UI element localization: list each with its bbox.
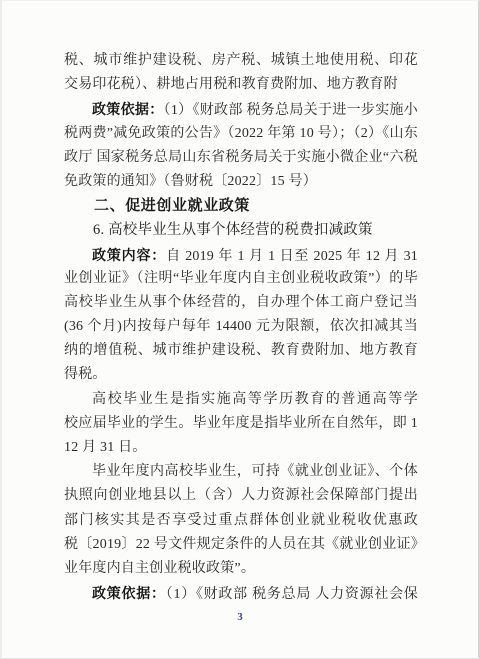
text-line: (36 个月)内按每户每年 14400 元为限额，依次扣减其当年实际应缴 xyxy=(64,315,418,339)
text-line: 政策依据：（1）《财政部 税务总局 人力资源社会保障部 国务 xyxy=(64,581,418,605)
text-line: 业年度内自主创业税收政策”。 xyxy=(64,557,418,581)
text-line: 高校毕业生是指实施高等学历教育的普通高等学校、成人高等学 xyxy=(64,388,418,412)
policy-basis-label: 政策依据： xyxy=(92,101,164,117)
item-heading: 6. 高校毕业生从事个体经营的税费扣减政策 xyxy=(64,218,418,242)
line-text: 12 月 31 日。 xyxy=(64,440,147,455)
text-line: 税两费”减免政策的公告》（2022 年第 10 号）；（2）《山东省财 xyxy=(64,122,418,146)
line-text: 税、城市维护建设税、房产税、城镇土地使用税、印花税（不含证券 xyxy=(64,53,418,73)
line-text: 业创业证》（注明“毕业年度内自主创业税收政策”）的毕业年度内 xyxy=(64,271,418,291)
text-line: 高校毕业生从事个体经营的，自办理个体工商户登记当月起，在 3 年 xyxy=(64,291,418,315)
text-line: 政策内容：自 2019 年 1 月 1 日至 2025 年 12 月 31 日，… xyxy=(64,243,418,267)
policy-content-label: 政策内容： xyxy=(92,247,166,263)
line-text: 免政策的通知》（鲁财税〔2022〕15 号） xyxy=(64,174,317,189)
text-line: 免政策的通知》（鲁财税〔2022〕15 号） xyxy=(64,170,418,194)
text-line: 12 月 31 日。 xyxy=(64,436,418,460)
line-text: 高校毕业生是指实施高等学历教育的普通高等学校、成人高等学 xyxy=(64,392,418,412)
text-line: 校应届毕业的学生。毕业年度是指毕业所在自然年，即 1 月 1 日至 xyxy=(64,412,418,436)
text-line: 交易印花税）、耕地占用税和教育费附加、地方教育附加。 xyxy=(64,73,418,97)
item-heading-text: 6. 高校毕业生从事个体经营的税费扣减政策 xyxy=(93,222,373,238)
line-text: 交易印花税）、耕地占用税和教育费附加、地方教育附加。 xyxy=(64,77,398,97)
section-heading: 二、促进创业就业政策 xyxy=(64,194,418,218)
policy-basis-label: 政策依据： xyxy=(92,585,166,601)
line-text: 得税。 xyxy=(64,367,107,382)
page-number: 3 xyxy=(2,611,478,625)
line-text: 高校毕业生从事个体经营的，自办理个体工商户登记当月起，在 3 年 xyxy=(64,295,418,315)
text-line: 毕业年度内高校毕业生，可持《就业创业证》、个体工商户登记 xyxy=(64,460,418,484)
text-line: 纳的增值税、城市维护建设税、教育费附加、地方教育附加和个人所 xyxy=(64,339,418,363)
text-line: 税、城市维护建设税、房产税、城镇土地使用税、印花税（不含证券 xyxy=(64,49,418,73)
line-text: 执照向创业地县以上（含）人力资源社会保障部门提出申请，由人社 xyxy=(64,488,418,508)
line-text: 校应届毕业的学生。毕业年度是指毕业所在自然年，即 1 月 1 日至 xyxy=(64,416,418,436)
line-text: 部门核实其是否享受过重点群体创业就业税收优惠政策，并对符合财 xyxy=(64,513,418,533)
line-text: 纳的增值税、城市维护建设税、教育费附加、地方教育附加和个人所 xyxy=(64,343,418,363)
page-content: 税、城市维护建设税、房产税、城镇土地使用税、印花税（不含证券 交易印花税）、耕地… xyxy=(64,49,418,605)
line-text: 税两费”减免政策的公告》（2022 年第 10 号）；（2）《山东省财 xyxy=(64,126,418,146)
line-text: 政厅 国家税务总局山东省税务局关于实施小微企业“六税两费”减 xyxy=(64,150,418,170)
text-line: 政策依据：（1）《财政部 税务总局关于进一步实施小微企业“六 xyxy=(64,97,418,121)
text-line: 得税。 xyxy=(64,363,418,387)
line-text: 毕业年度内高校毕业生，可持《就业创业证》、个体工商户登记 xyxy=(64,464,418,484)
text-line: 税〔2019〕22 号文件规定条件的人员在其《就业创业证》上注明“毕 xyxy=(64,533,418,557)
scanned-document-page: 税、城市维护建设税、房产税、城镇土地使用税、印花税（不含证券 交易印花税）、耕地… xyxy=(0,0,480,659)
text-line: 部门核实其是否享受过重点群体创业就业税收优惠政策，并对符合财 xyxy=(64,509,418,533)
text-line: 政厅 国家税务总局山东省税务局关于实施小微企业“六税两费”减 xyxy=(64,146,418,170)
line-text: (36 个月)内按每户每年 14400 元为限额，依次扣减其当年实际应缴 xyxy=(64,319,418,339)
line-text: 税〔2019〕22 号文件规定条件的人员在其《就业创业证》上注明“毕 xyxy=(64,537,418,557)
section-heading-text: 二、促进创业就业政策 xyxy=(94,197,250,214)
line-text: 业年度内自主创业税收政策”。 xyxy=(64,561,255,576)
text-line: 执照向创业地县以上（含）人力资源社会保障部门提出申请，由人社 xyxy=(64,484,418,508)
text-line: 业创业证》（注明“毕业年度内自主创业税收政策”）的毕业年度内 xyxy=(64,267,418,291)
